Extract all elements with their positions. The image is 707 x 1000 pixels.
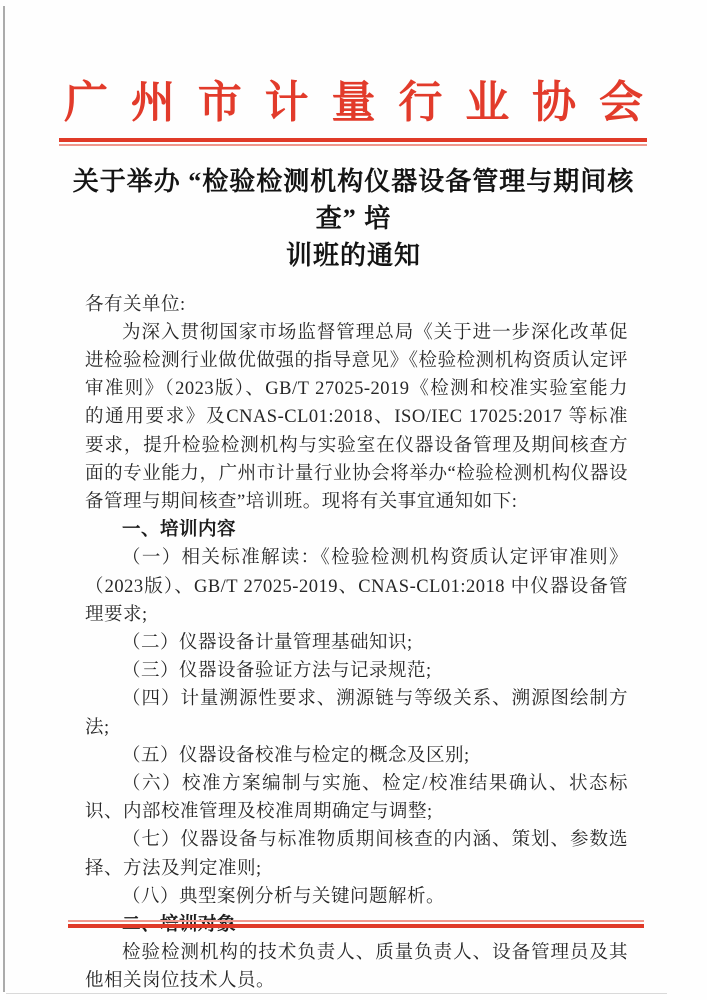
footer-divider (68, 920, 644, 928)
scan-bottom-edge (6, 993, 667, 994)
org-name-text: 广州市计量行业协会 (64, 78, 666, 129)
letterhead: 广州市计量行业协会 (0, 0, 707, 129)
notice-body: 各有关单位: 为深入贯彻国家市场监督管理总局《关于进一步深化改革促进检验检测行业… (85, 291, 628, 996)
notice-title-line2: 训班的通知 (286, 241, 421, 270)
document-page: 广州市计量行业协会 关于举办 “检验检测机构仪器设备管理与期间核查” 培 训班的… (0, 0, 707, 1000)
notice-title: 关于举办 “检验检测机构仪器设备管理与期间核查” 培 训班的通知 (0, 129, 707, 274)
section1-item-7: （七）仪器设备与标准物质期间核查的内涵、策划、参数选择、方法及判定准则; (85, 826, 628, 882)
section1-item-2: （二）仪器设备计量管理基础知识; (85, 629, 628, 657)
scan-left-edge (3, 6, 5, 992)
section1-item-5: （五）仪器设备校准与检定的概念及区别; (85, 742, 628, 770)
divider-thin-line (59, 144, 647, 146)
section1-item-6: （六）校准方案编制与实施、检定/校准结果确认、状态标识、内部校准管理及校准周期确… (85, 770, 628, 826)
notice-title-line1: 关于举办 “检验检测机构仪器设备管理与期间核查” 培 (73, 167, 635, 233)
salutation: 各有关单位: (85, 291, 628, 319)
intro-paragraph: 为深入贯彻国家市场监督管理总局《关于进一步深化改革促进检验检测行业做优做强的指导… (85, 319, 628, 516)
section1-item-3: （三）仪器设备验证方法与记录规范; (85, 657, 628, 685)
section1-heading: 一、培训内容 (85, 516, 628, 544)
org-name-header: 广州市计量行业协会 (0, 0, 707, 129)
section2-text: 检验检测机构的技术负责人、质量负责人、设备管理员及其他相关岗位技术人员。 (85, 939, 628, 995)
section1-item-4: （四）计量溯源性要求、溯源链与等级关系、溯源图绘制方法; (85, 685, 628, 741)
footer-divider-thick-line (68, 924, 644, 928)
section1-item-8: （八）典型案例分析与关键问题解析。 (85, 883, 628, 911)
letterhead-divider (59, 138, 647, 146)
section1-item-1: （一）相关标准解读：《检验检测机构资质认定评审准则》（2023版）、GB/T 2… (85, 544, 628, 629)
